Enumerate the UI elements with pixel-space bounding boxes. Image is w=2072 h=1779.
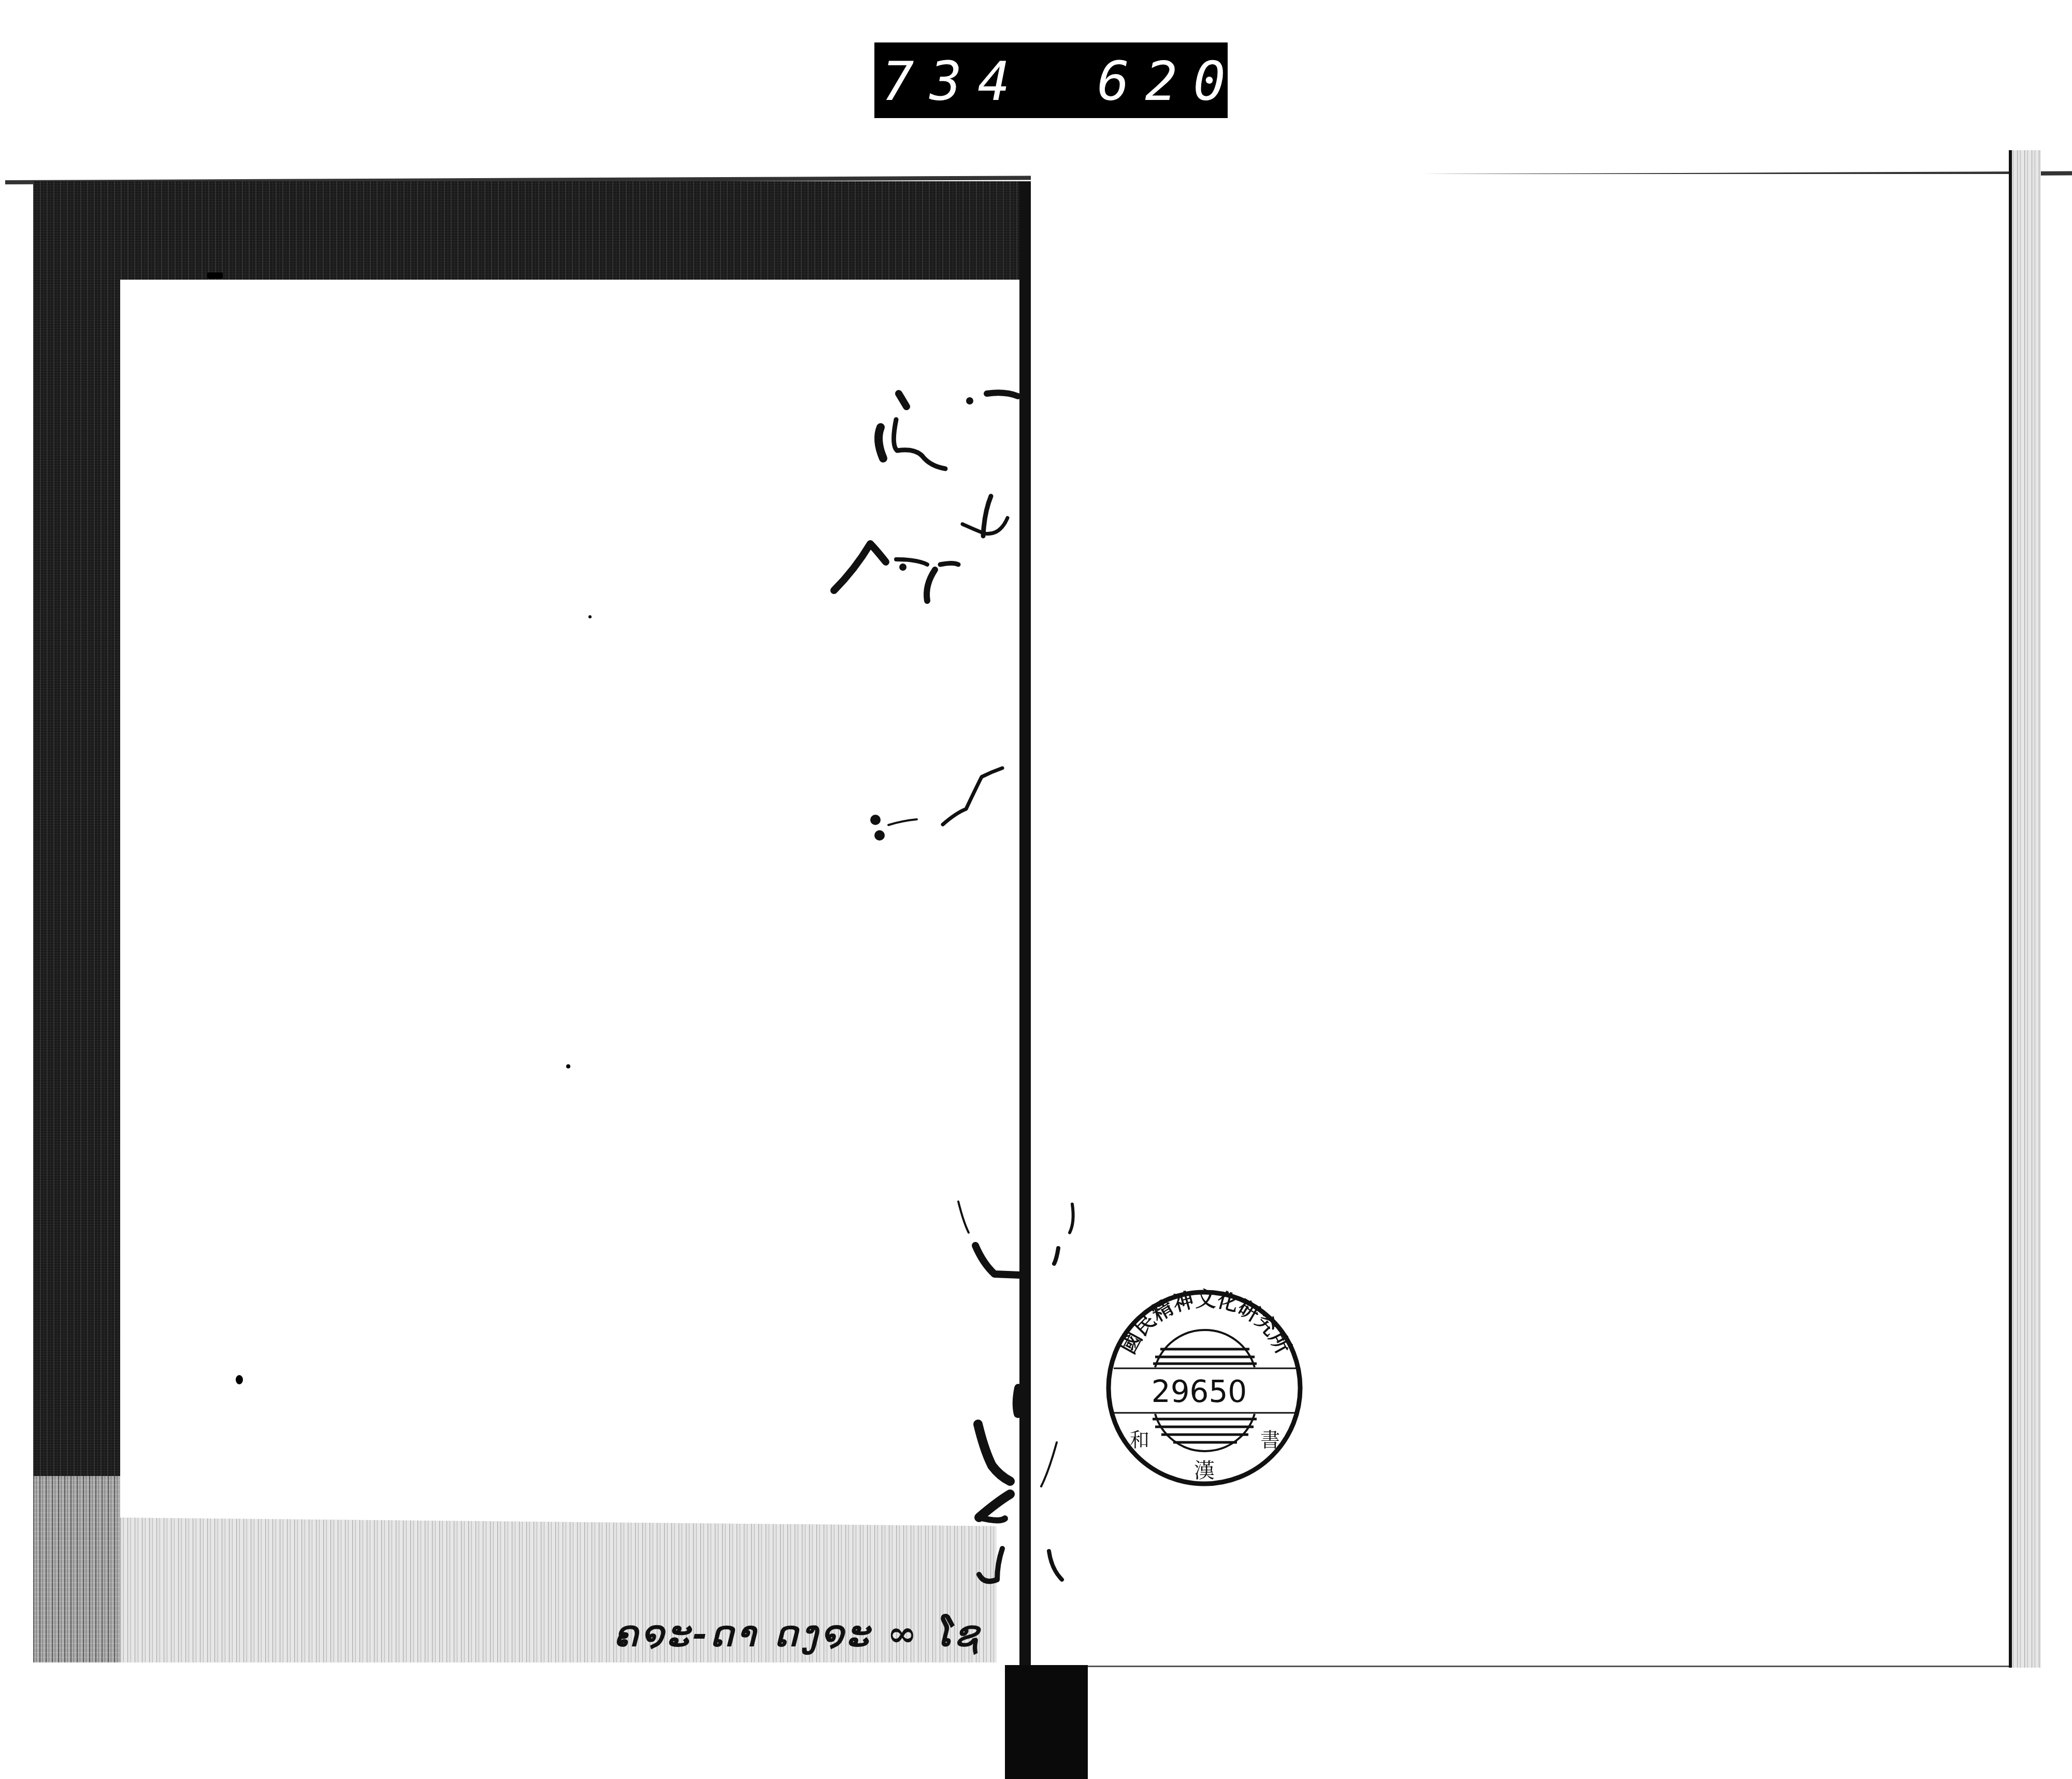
frame-number: 620.: [1097, 50, 1289, 113]
stamp-collection-bottom: 漢: [1194, 1459, 1215, 1483]
page-block-edge: [2010, 150, 2041, 1668]
ink-speck: [566, 1064, 570, 1068]
ink-speck: [207, 272, 223, 279]
stamp-institution-name: 國民精神文化研究所: [1116, 1287, 1296, 1358]
cover-left-border: [33, 181, 120, 1662]
ink-speck: [588, 615, 592, 618]
binding-tab: [1005, 1665, 1088, 1779]
page-edge-line: [2009, 150, 2012, 1668]
ink-speck: [236, 1375, 243, 1384]
reel-number: 734: [882, 50, 1026, 113]
film-frame-counter: 734 620.: [874, 42, 1228, 118]
calligraphy-marks: [818, 363, 1109, 1657]
cover-left-bottom-border: [33, 1476, 120, 1662]
stamp-collection-left: 和: [1130, 1428, 1149, 1451]
library-ownership-stamp: 國民精神文化研究所 29650 和 漢 書: [1103, 1282, 1311, 1489]
cover-top-border: [33, 181, 1038, 280]
stamp-collection-right: 書: [1260, 1428, 1280, 1451]
stamp-accession-number: 29650: [1152, 1374, 1247, 1409]
bottom-handwritten-inscription: ຄ໑ະ-ດາ ດງ໑ະ ∞ ໂຊ: [614, 1613, 982, 1655]
